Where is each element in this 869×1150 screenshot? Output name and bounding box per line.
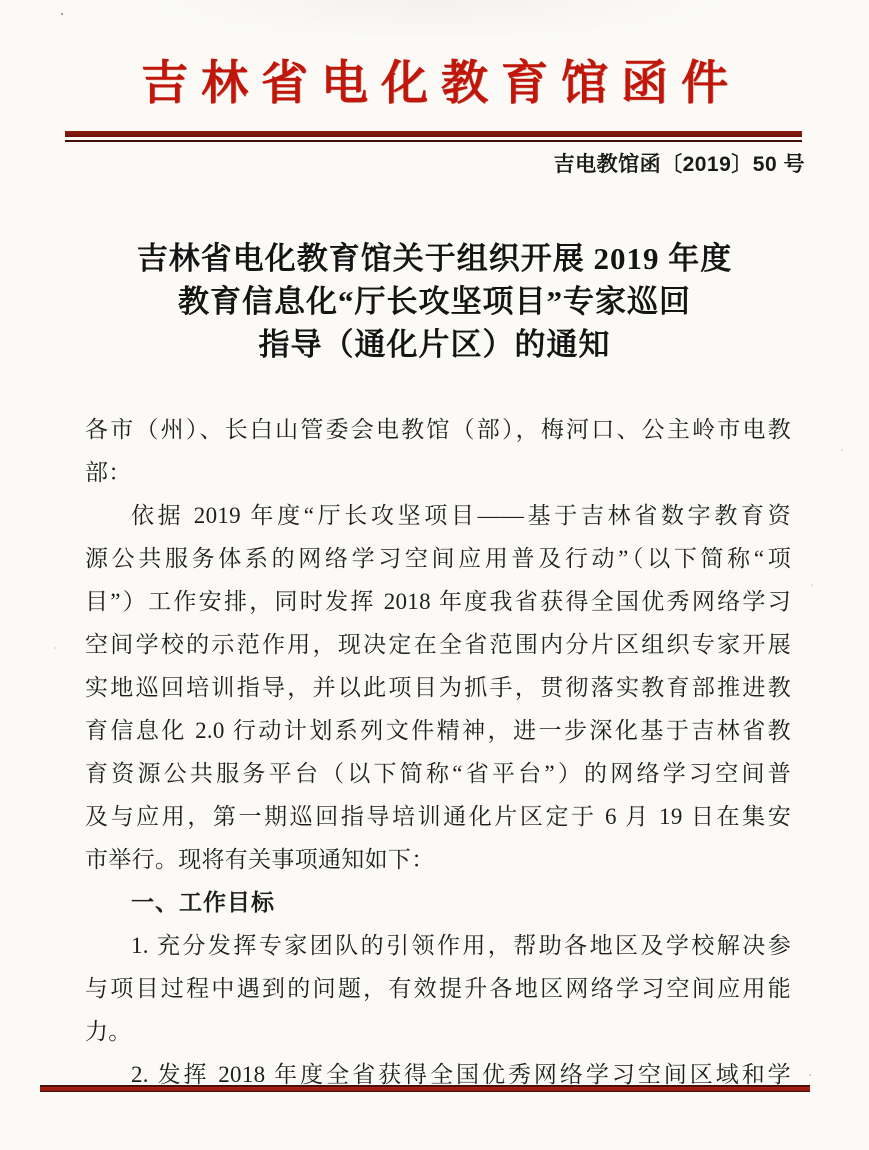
body-line: 依据 2019 年度“厅长攻坚项目——基于吉林省数字教育资 <box>85 494 791 537</box>
body-line: 一、工作目标 <box>85 881 791 924</box>
body-line: 力。 <box>85 1010 791 1053</box>
body-line: 空间学校的示范作用，现决定在全省范围内分片区组织专家开展 <box>85 623 791 666</box>
footer-rule <box>40 1085 810 1092</box>
notice-title-line: 吉林省电化教育馆关于组织开展 2019 年度 <box>0 237 869 280</box>
notice-title-line: 指导（通化片区）的通知 <box>0 323 869 366</box>
org-title: 吉林省电化教育馆函件 <box>0 46 869 113</box>
body-text: 各市（州）、长白山管委会电教馆（部），梅河口、公主岭市电教部：依据 2019 年… <box>85 408 791 1096</box>
body-line: 育信息化 2.0 行动计划系列文件精神，进一步深化基于吉林省教 <box>85 709 791 752</box>
header-rule-thin <box>65 140 802 142</box>
scanned-document-page: 吉林省电化教育馆函件 吉电教馆函〔2019〕50 号 吉林省电化教育馆关于组织开… <box>0 0 869 1150</box>
body-line: 与项目过程中遇到的问题，有效提升各地区网络学习空间应用能 <box>85 967 791 1010</box>
body-line: 实地巡回培训指导，并以此项目为抓手，贯彻落实教育部推进教 <box>85 666 791 709</box>
header-rule <box>65 131 802 142</box>
footer-rule-thin-bottom <box>40 1091 810 1092</box>
body-line: 各市（州）、长白山管委会电教馆（部），梅河口、公主岭市电教 <box>85 408 791 451</box>
body-line: 1. 充分发挥专家团队的引领作用，帮助各地区及学校解决参 <box>85 924 791 967</box>
header-rule-thick <box>65 131 802 137</box>
notice-title: 吉林省电化教育馆关于组织开展 2019 年度教育信息化“厅长攻坚项目”专家巡回指… <box>0 237 869 366</box>
body-line: 育资源公共服务平台（以下简称“省平台”）的网络学习空间普 <box>85 752 791 795</box>
notice-title-line: 教育信息化“厅长攻坚项目”专家巡回 <box>0 280 869 323</box>
body-line: 部： <box>85 451 791 494</box>
doc-number: 吉电教馆函〔2019〕50 号 <box>554 148 805 178</box>
body-line: 源公共服务体系的网络学习空间应用普及行动”（以下简称“项 <box>85 537 791 580</box>
body-line: 目”）工作安排，同时发挥 2018 年度我省获得全国优秀网络学习 <box>85 580 791 623</box>
body-line: 市举行。现将有关事项通知如下： <box>85 838 791 881</box>
body-line: 及与应用，第一期巡回指导培训通化片区定于 6 月 19 日在集安 <box>85 795 791 838</box>
